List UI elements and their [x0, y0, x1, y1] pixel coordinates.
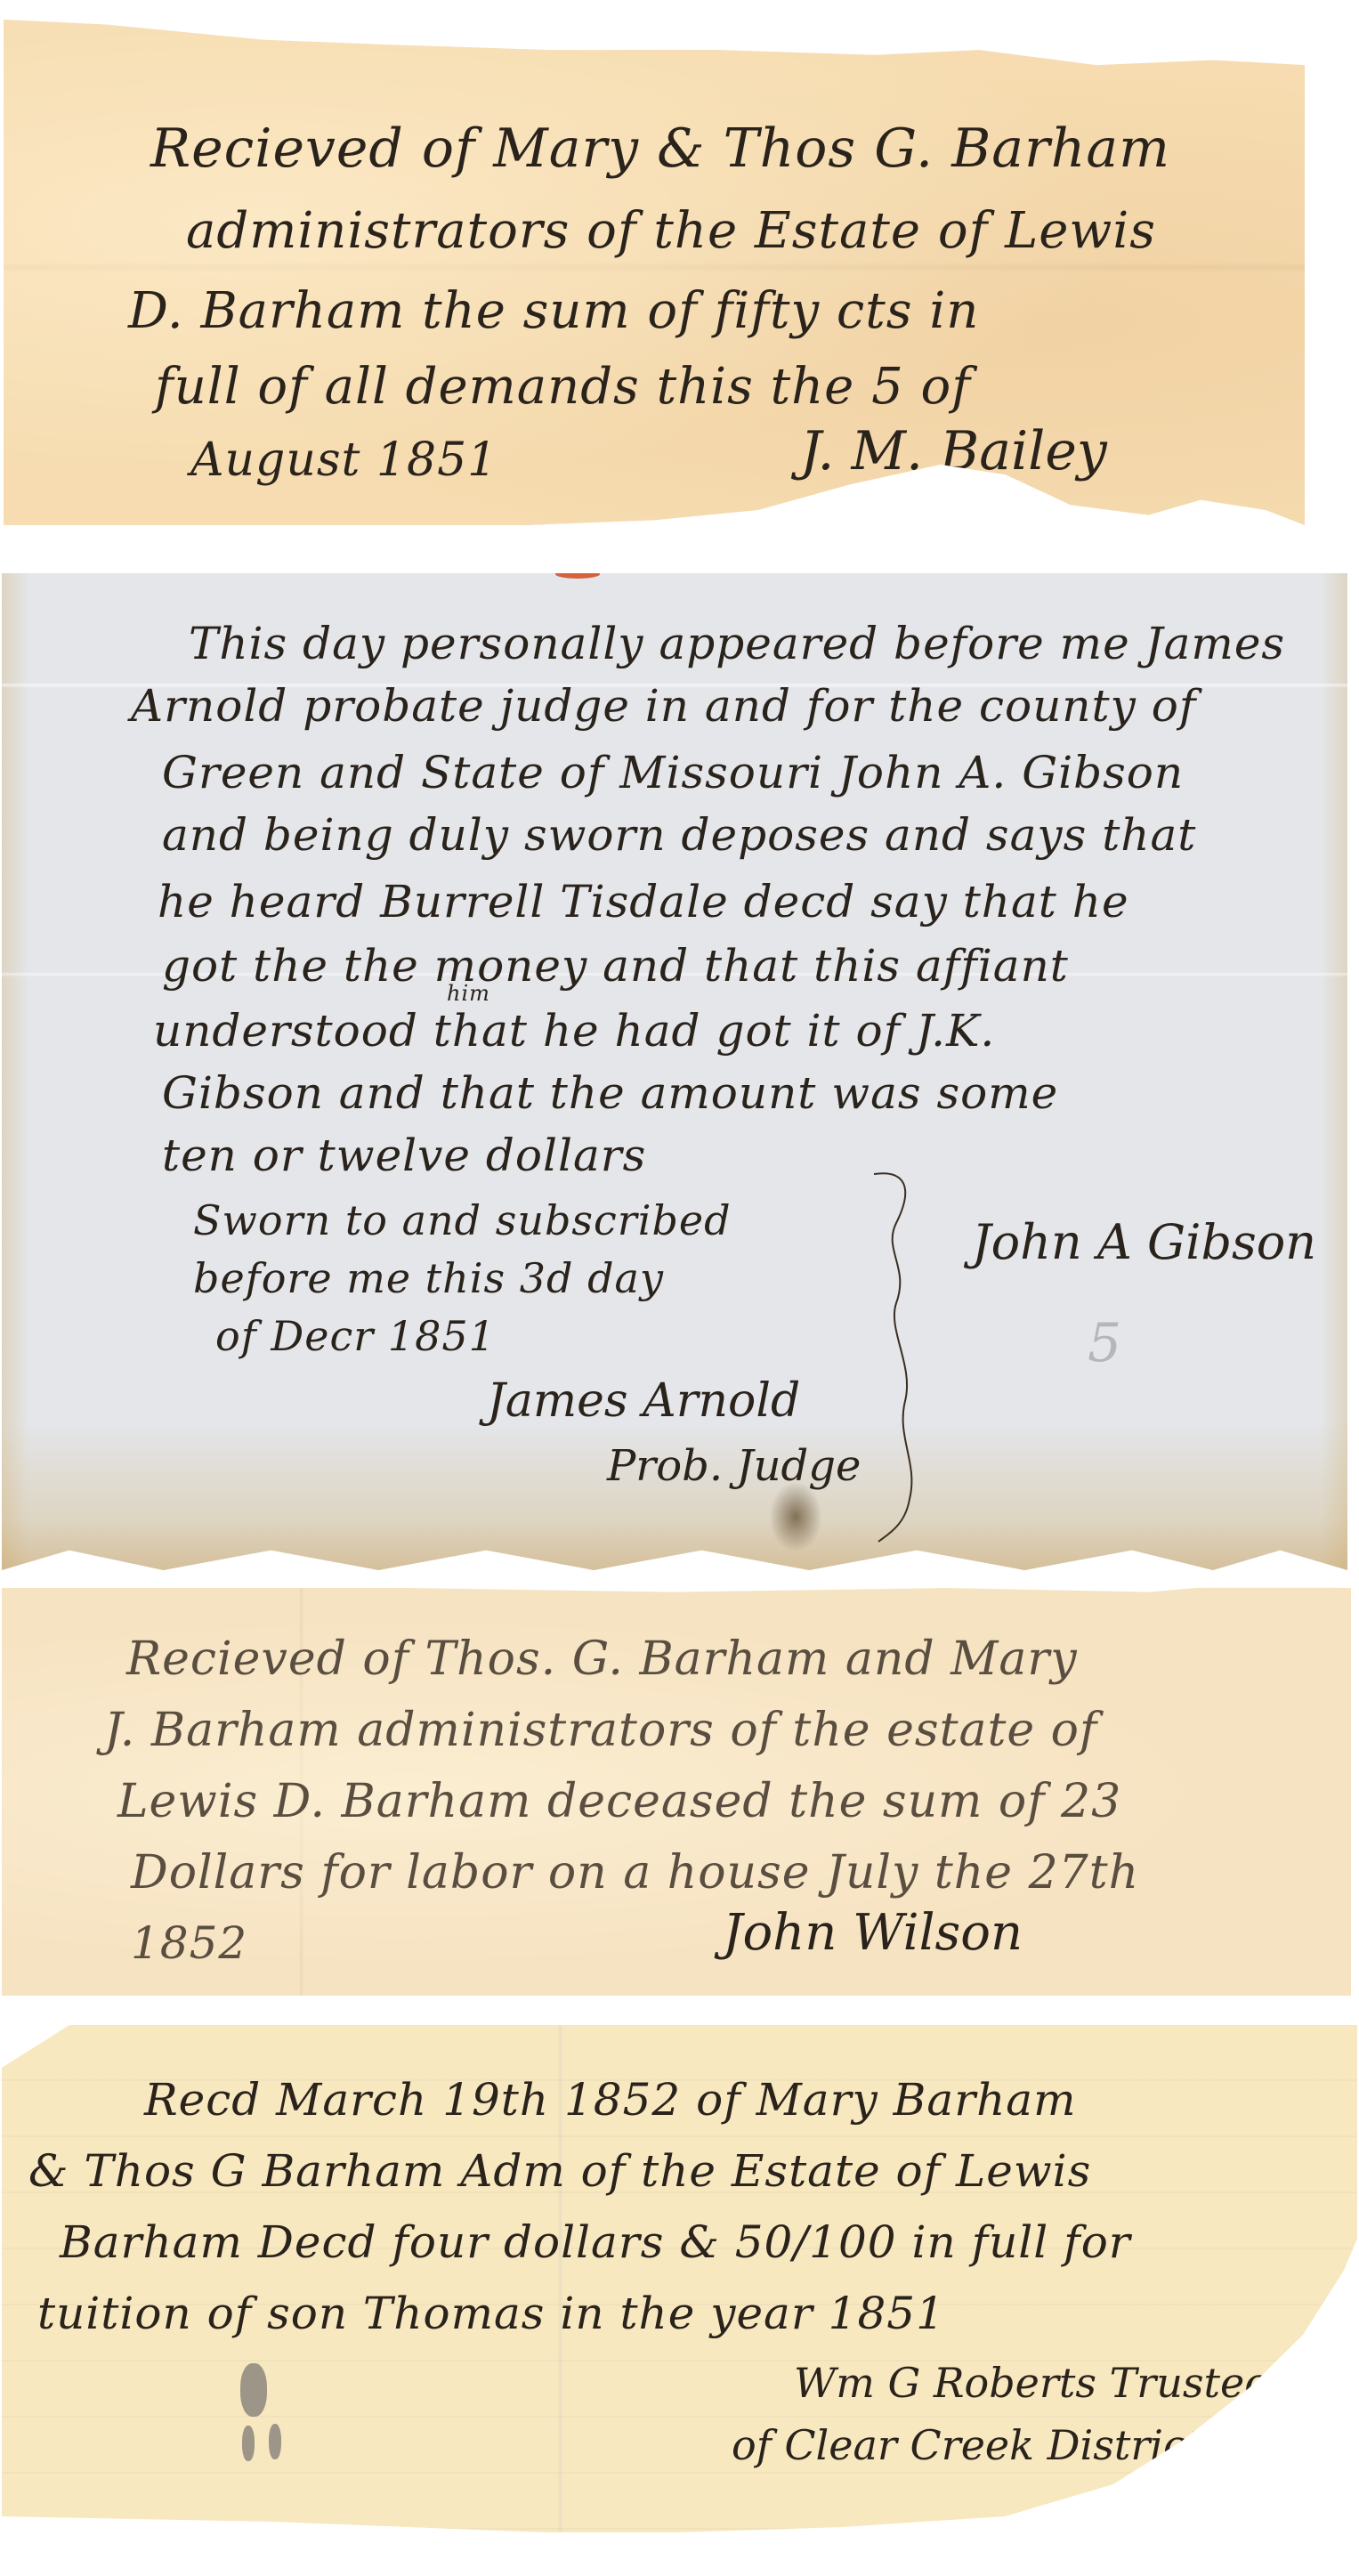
receipt-wilson-1852: Recieved of Thos. G. Barham and Mary J. … [2, 1588, 1351, 1996]
signature-john-gibson: John A Gibson [972, 1214, 1316, 1270]
ink-smudge [240, 2363, 267, 2417]
text-line: tuition of son Thomas in the year 1851 [37, 2288, 945, 2339]
text-line: D. Barham the sum of fifty cts in [128, 282, 979, 340]
text-line: and being duly sworn deposes and says th… [162, 809, 1196, 861]
text-line: Recd March 19th 1852 of Mary Barham [144, 2074, 1077, 2126]
text-line: Recieved of Thos. G. Barham and Mary [126, 1632, 1078, 1686]
text-line: This day personally appeared before me J… [189, 618, 1285, 669]
text-line: 1852 [131, 1917, 247, 1969]
red-wax-seal-fragment [555, 570, 600, 579]
text-line: Gibson and that the amount was some [162, 1067, 1058, 1119]
interlineation: him [447, 981, 490, 1006]
receipt-bailey-1851: Recieved of Mary & Thos G. Barham admini… [4, 20, 1305, 525]
signature-james-arnold: James Arnold [487, 1374, 800, 1428]
bracket-brace [870, 1170, 923, 1543]
signature-bailey: J. M. Bailey [800, 420, 1107, 482]
text-line: Green and State of Missouri John A. Gibs… [162, 747, 1184, 798]
text-line: Recieved of Mary & Thos G. Barham [150, 117, 1170, 180]
jurat-line: of Decr 1851 [215, 1312, 496, 1360]
text-line: Dollars for labor on a house July the 27… [131, 1846, 1139, 1900]
ink-smudge [242, 2426, 255, 2461]
text-line: & Thos G Barham Adm of the Estate of Lew… [28, 2145, 1091, 2197]
text-line: full of all demands this the 5 of [155, 358, 971, 416]
judge-title: Prob. Judge [607, 1441, 861, 1491]
ink-smudge [269, 2424, 281, 2459]
jurat-line: Sworn to and subscribed [193, 1196, 732, 1244]
text-line: August 1851 [190, 433, 497, 487]
text-line: he heard Burrell Tisdale decd say that h… [158, 876, 1129, 928]
receipt-roberts-1852: Recd March 19th 1852 of Mary Barham & Th… [2, 2025, 1357, 2559]
ink-stain [769, 1481, 822, 1552]
text-line: administrators of the Estate of Lewis [186, 202, 1156, 260]
jurat-line: before me this 3d day [193, 1254, 664, 1302]
text-line: Barham Decd four dollars & 50/100 in ful… [60, 2216, 1131, 2268]
text-line: got the the money and that this affiant [162, 940, 1069, 992]
text-line: understood that he had got it of J.K. [153, 1005, 995, 1057]
text-line: Arnold probate judge in and for the coun… [131, 680, 1196, 732]
text-line: ten or twelve dollars [162, 1130, 646, 1181]
signature-roberts: Wm G Roberts Trustee [794, 2359, 1268, 2407]
signature-john-wilson: John Wilson [723, 1904, 1023, 1962]
text-line: J. Barham administrators of the estate o… [104, 1704, 1097, 1757]
pencil-notation: 5 [1088, 1312, 1121, 1374]
affidavit-gibson-1851: This day personally appeared before me J… [2, 573, 1347, 1570]
text-line: Lewis D. Barham deceased the sum of 23 [117, 1775, 1121, 1828]
signature-roberts-district: of Clear Creek District [732, 2421, 1202, 2469]
